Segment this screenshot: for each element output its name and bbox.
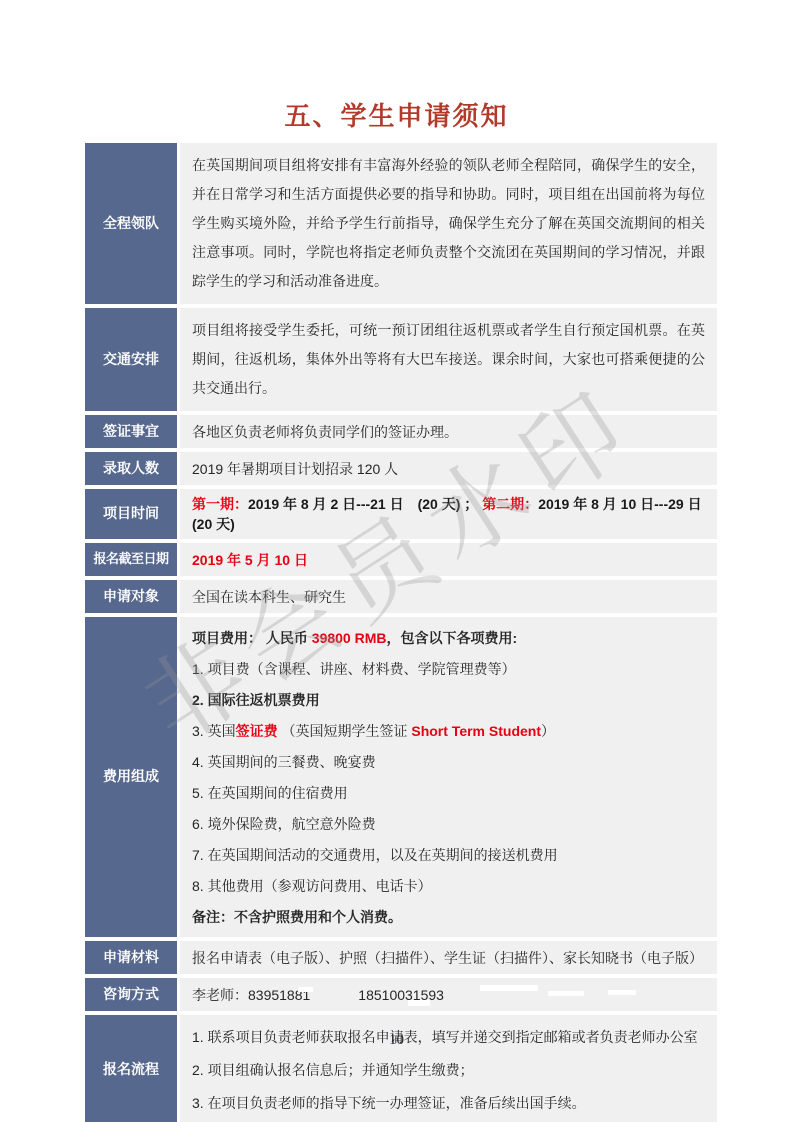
schedule-text: 第一期：2019 年 8 月 2 日---21 日 (20 天) ； 第二期：2… — [192, 494, 705, 534]
fee-header-pre: 项目费用： 人民币 — [192, 630, 312, 646]
enrollment-text: 2019 年暑期项目计划招录 120 人 — [192, 459, 705, 479]
row-content: 第一期：2019 年 8 月 2 日---21 日 (20 天) ； 第二期：2… — [180, 489, 717, 539]
row-label: 录取人数 — [85, 452, 177, 485]
contact-phone2: 18510031593 — [358, 987, 444, 1003]
row-label: 申请材料 — [85, 941, 177, 974]
table-row-visa: 签证事宜 各地区负责老师将负责同学们的签证办理。 — [85, 415, 717, 448]
process-step: 3. 在项目负责老师的指导下统一办理签证，准备后续出国手续。 — [192, 1093, 705, 1113]
row-content: 各地区负责老师将负责同学们的签证办理。 — [180, 415, 717, 448]
row-content: 项目费用： 人民币 39800 RMB，包含以下各项费用: 1. 项目费（含课程… — [180, 617, 717, 937]
leader-text: 在英国期间项目组将安排有丰富海外经验的领队老师全程陪同，确保学生的安全，并在日常… — [192, 151, 705, 296]
row-content: 项目组将接受学生委托，可统一预订团组往返机票或者学生自行预定国机票。在英期间，往… — [180, 308, 717, 411]
table-row-leader: 全程领队 在英国期间项目组将安排有丰富海外经验的领队老师全程陪同，确保学生的安全… — [85, 143, 717, 304]
notice-table: 全程领队 在英国期间项目组将安排有丰富海外经验的领队老师全程陪同，确保学生的安全… — [85, 143, 717, 1122]
fee-item: 6. 境外保险费，航空意外险费 — [192, 814, 705, 834]
materials-text: 报名申请表（电子版）、护照（扫描件）、学生证（扫描件）、家长知晓书（电子版） — [192, 948, 705, 968]
redaction-mark — [608, 990, 636, 995]
row-content: 2019 年暑期项目计划招录 120 人 — [180, 452, 717, 485]
redaction-mark — [480, 985, 538, 991]
table-row-schedule: 项目时间 第一期：2019 年 8 月 2 日---21 日 (20 天) ； … — [85, 489, 717, 539]
table-row-deadline: 报名截至日期 2019 年 5 月 10 日 — [85, 543, 717, 576]
deadline-date: 2019 年 5 月 10 日 — [192, 550, 705, 570]
table-row-transport: 交通安排 项目组将接受学生委托，可统一预订团组往返机票或者学生自行预定国机票。在… — [85, 308, 717, 411]
fee-item: 2. 国际往返机票费用 — [192, 690, 705, 710]
phase1-dates: 2019 年 8 月 2 日---21 日 (20 天) ； — [248, 496, 478, 512]
phase1-label: 第一期： — [192, 496, 248, 512]
fee-amount: 39800 RMB — [312, 630, 387, 646]
fee-item3-pre: 3. 英国 — [192, 723, 236, 739]
row-label: 申请对象 — [85, 580, 177, 613]
row-label: 交通安排 — [85, 308, 177, 411]
row-label: 咨询方式 — [85, 978, 177, 1011]
row-label: 签证事宜 — [85, 415, 177, 448]
redaction-mark — [548, 991, 584, 996]
table-row-materials: 申请材料 报名申请表（电子版）、护照（扫描件）、学生证（扫描件）、家长知晓书（电… — [85, 941, 717, 974]
row-label: 费用组成 — [85, 617, 177, 937]
row-content: 李老师：8395188118510031593 — [180, 978, 717, 1011]
fee-item3-post: ） — [541, 723, 555, 739]
document-page: 五、学生申请须知 全程领队 在英国期间项目组将安排有丰富海外经验的领队老师全程陪… — [0, 0, 793, 1122]
fee-header: 项目费用： 人民币 39800 RMB，包含以下各项费用: — [192, 628, 705, 648]
row-content: 全国在读本科生、研究生 — [180, 580, 717, 613]
table-row-contact: 咨询方式 李老师：8395188118510031593 — [85, 978, 717, 1011]
fee-item3-visa-type: Short Term Student — [411, 723, 541, 739]
contact-name-phone: 李老师：83951881 — [192, 987, 310, 1003]
phase2-label: 第二期： — [482, 496, 538, 512]
table-row-applicants: 申请对象 全国在读本科生、研究生 — [85, 580, 717, 613]
fee-item3-visa-fee: 签证费 — [236, 723, 278, 739]
row-content: 报名申请表（电子版）、护照（扫描件）、学生证（扫描件）、家长知晓书（电子版） — [180, 941, 717, 974]
fee-item: 1. 项目费（含课程、讲座、材料费、学院管理费等） — [192, 659, 705, 679]
redaction-mark — [408, 1000, 430, 1006]
applicants-text: 全国在读本科生、研究生 — [192, 587, 705, 607]
table-row-fees: 费用组成 项目费用： 人民币 39800 RMB，包含以下各项费用: 1. 项目… — [85, 617, 717, 937]
fee-header-post: ，包含以下各项费用: — [386, 630, 517, 646]
fee-item-visa: 3. 英国签证费 （英国短期学生签证 Short Term Student） — [192, 721, 705, 741]
row-content: 在英国期间项目组将安排有丰富海外经验的领队老师全程陪同，确保学生的安全，并在日常… — [180, 143, 717, 304]
process-step: 2. 项目组确认报名信息后；并通知学生缴费； — [192, 1060, 705, 1080]
fee-item: 5. 在英国期间的住宿费用 — [192, 783, 705, 803]
fee-note: 备注：不含护照费用和个人消费。 — [192, 907, 705, 927]
row-content: 2019 年 5 月 10 日 — [180, 543, 717, 576]
fee-item: 4. 英国期间的三餐费、晚宴费 — [192, 752, 705, 772]
fee-item3-mid: （英国短期学生签证 — [278, 723, 412, 739]
transport-text: 项目组将接受学生委托，可统一预订团组往返机票或者学生自行预定国机票。在英期间，往… — [192, 316, 705, 403]
page-title: 五、学生申请须知 — [0, 96, 793, 133]
row-label: 全程领队 — [85, 143, 177, 304]
redaction-mark — [298, 987, 313, 992]
row-label: 报名截至日期 — [85, 543, 177, 576]
fee-item: 7. 在英国期间活动的交通费用，以及在英期间的接送机费用 — [192, 845, 705, 865]
visa-text: 各地区负责老师将负责同学们的签证办理。 — [192, 422, 705, 442]
row-label: 项目时间 — [85, 489, 177, 539]
page-number: 10 — [0, 1032, 793, 1049]
table-row-enrollment: 录取人数 2019 年暑期项目计划招录 120 人 — [85, 452, 717, 485]
fee-item: 8. 其他费用（参观访问费用、电话卡） — [192, 876, 705, 896]
